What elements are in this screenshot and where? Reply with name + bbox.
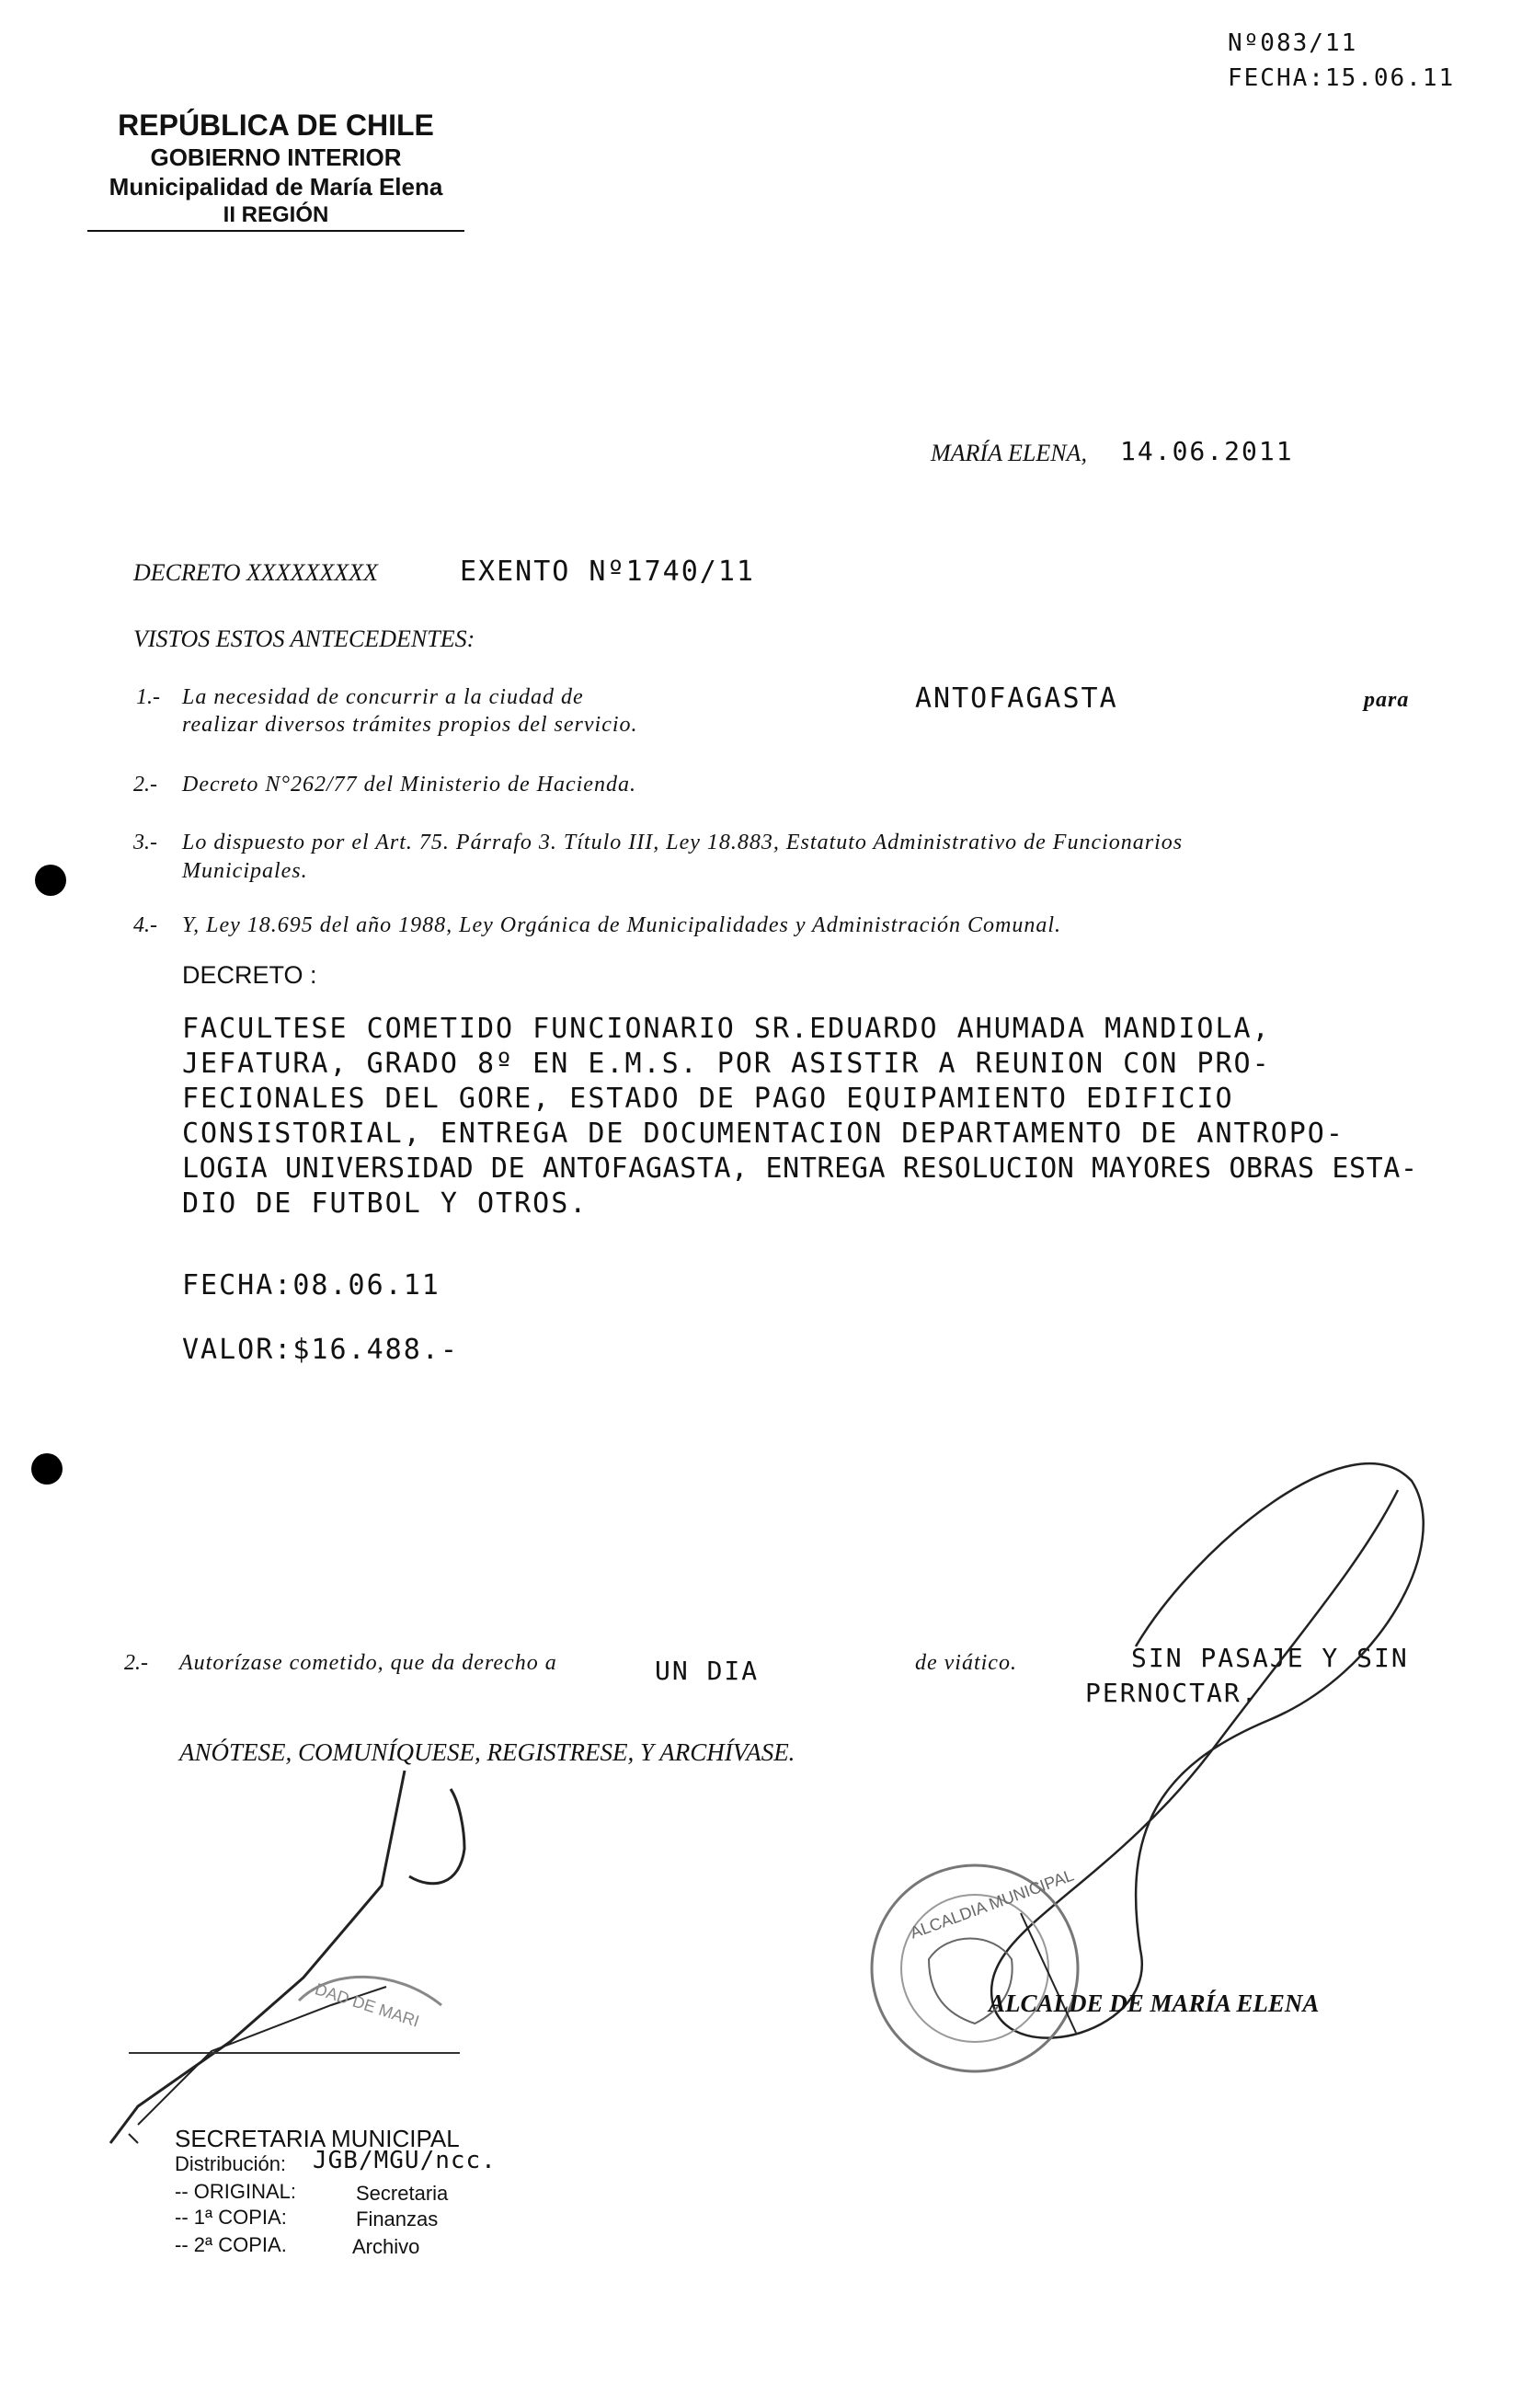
distribution-value: JGB/MGU/ncc.	[313, 2147, 497, 2174]
secretary-signature	[110, 1771, 405, 2143]
copy-original-value: Secretaria	[356, 2182, 448, 2206]
mayor-signature	[991, 1463, 1424, 2037]
mayor-title: ALCALDE DE MARÍA ELENA	[989, 1989, 1319, 2018]
copy-2-value: Archivo	[352, 2235, 419, 2259]
distribution-label: Distribución:	[175, 2152, 286, 2176]
copy-1-label: -- 1ª COPIA:	[175, 2206, 287, 2230]
copy-original-label: -- ORIGINAL:	[175, 2180, 296, 2204]
signatures-and-seals	[0, 0, 1522, 2408]
copy-1-value: Finanzas	[356, 2207, 438, 2231]
copy-2-label: -- 2ª COPIA.	[175, 2233, 287, 2257]
